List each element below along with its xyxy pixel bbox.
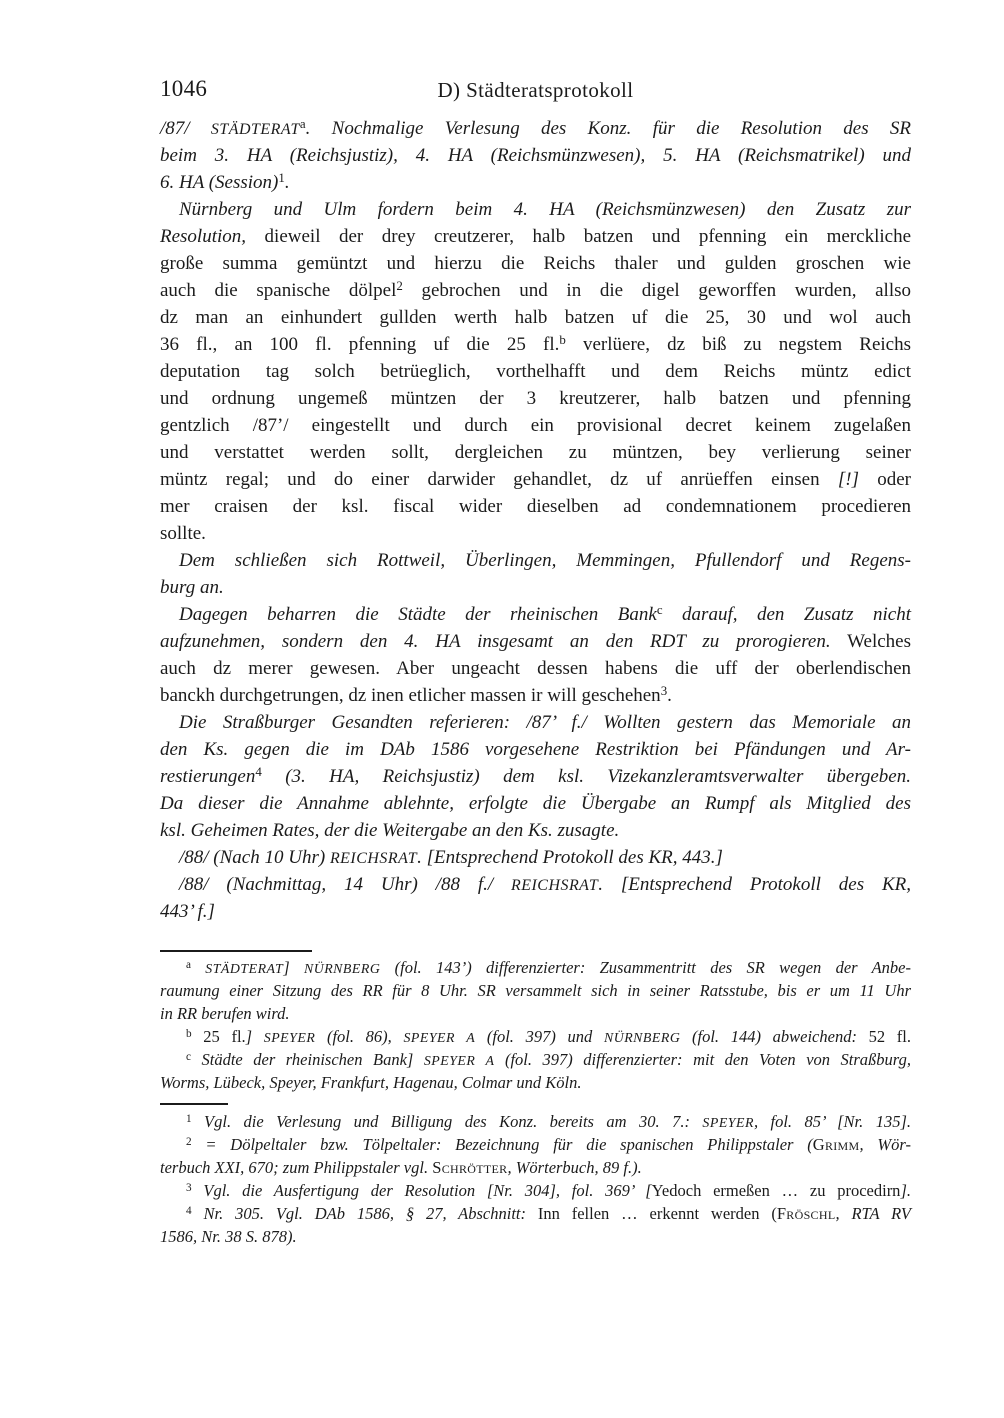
note-c-line-1: c Städte der rheinischen Bank] SPEYER A … <box>160 1048 911 1071</box>
paragraph-2-line-13: sollte. <box>160 520 911 547</box>
paragraph-3-line-1: Dem schließen sich Rottweil, Überlingen,… <box>160 547 911 574</box>
paragraph-2-line-10: und verstattet werden sollt, dergleichen… <box>160 439 911 466</box>
paragraph-2-line-5: dz man an einhundert gullden werth halb … <box>160 304 911 331</box>
note-c-line-2: Worms, Lübeck, Speyer, Frankfurt, Hagena… <box>160 1071 911 1094</box>
paragraph-2-line-12: mer craisen der ksl. fiscal wider diesel… <box>160 493 911 520</box>
footnote-4-line-2: 1586, Nr. 38 S. 878). <box>160 1225 911 1248</box>
paragraph-7-line-1: /88/ (Nachmittag, 14 Uhr) /88 f./ REICHS… <box>160 871 911 898</box>
paragraph-4-line-2: aufzunehmen, sondern den 4. HA insgesamt… <box>160 628 911 655</box>
paragraph-4-line-3: auch dz merer gewesen. Aber ungeacht des… <box>160 655 911 682</box>
footnote-2-line-1: 2 = Dölpeltaler bzw. Tölpeltaler: Bezeic… <box>160 1133 911 1156</box>
paragraph-5-line-2: den Ks. gegen die im DAb 1586 vorgesehen… <box>160 736 911 763</box>
footnote-3-line-1: 3 Vgl. die Ausfertigung der Resolution [… <box>160 1179 911 1202</box>
paragraph-2-line-9: gentzlich /87’/ eingestellt und durch ei… <box>160 412 911 439</box>
running-title: D) Städteratsprotokoll <box>160 78 911 103</box>
paragraph-2-line-4: auch die spanische dölpel2 gebrochen und… <box>160 277 911 304</box>
paragraph-3-line-2: burg an. <box>160 574 911 601</box>
paragraph-2-line-2: Resolution, dieweil der drey creutzerer,… <box>160 223 911 250</box>
paragraph-7-line-2: 443’ f.] <box>160 898 911 925</box>
footnote-2-line-2: terbuch XXI, 670; zum Philippstaler vgl.… <box>160 1156 911 1179</box>
note-a-line-1: a STÄDTERAT] NÜRNBERG (fol. 143’) differ… <box>160 956 911 979</box>
body-text: /87/ STÄDTERATa. Nochmalige Verlesung de… <box>160 115 911 925</box>
apparatus-separator-rule <box>160 950 312 952</box>
footnote-4-line-1: 4 Nr. 305. Vgl. DAb 1586, § 27, Abschnit… <box>160 1202 911 1225</box>
page: 1046 D) Städteratsprotokoll /87/ STÄDTER… <box>0 0 1004 1418</box>
paragraph-5-line-4: Da dieser die Annahme ablehnte, erfolgte… <box>160 790 911 817</box>
paragraph-6-line-1: /88/ (Nach 10 Uhr) REICHSRAT. [Entsprech… <box>160 844 911 871</box>
paragraph-5-line-5: ksl. Geheimen Rates, der die Weitergabe … <box>160 817 911 844</box>
paragraph-2-line-11: müntz regal; und do einer darwider gehan… <box>160 466 911 493</box>
paragraph-1-line-3: 6. HA (Session)1. <box>160 169 911 196</box>
footnote-separator-rule <box>160 1103 228 1105</box>
paragraph-2-line-7: deputation tag solch betrüeglich, vorthe… <box>160 358 911 385</box>
note-b-line-1: b 25 fl.] SPEYER (fol. 86), SPEYER A (fo… <box>160 1025 911 1048</box>
footnote-1-line-1: 1 Vgl. die Verlesung und Billigung des K… <box>160 1110 911 1133</box>
apparatus-notes: a STÄDTERAT] NÜRNBERG (fol. 143’) differ… <box>160 956 911 1094</box>
paragraph-4-line-1: Dagegen beharren die Städte der rheinisc… <box>160 601 911 628</box>
paragraph-2-line-8: und ordnung ungemeß müntzen der 3 kreutz… <box>160 385 911 412</box>
paragraph-2-line-6: 36 fl., an 100 fl. pfenning uf die 25 fl… <box>160 331 911 358</box>
page-header: 1046 D) Städteratsprotokoll <box>160 76 911 106</box>
note-a-line-2: raumung einer Sitzung des RR für 8 Uhr. … <box>160 979 911 1002</box>
paragraph-4-line-4: banckh durchgetrungen, dz inen etlicher … <box>160 682 911 709</box>
paragraph-2-line-1: Nürnberg und Ulm fordern beim 4. HA (Rei… <box>160 196 911 223</box>
paragraph-2-line-3: große summa gemüntzt und hierzu die Reic… <box>160 250 911 277</box>
paragraph-5-line-1: Die Straßburger Gesandten referieren: /8… <box>160 709 911 736</box>
paragraph-1-line-1: /87/ STÄDTERATa. Nochmalige Verlesung de… <box>160 115 911 142</box>
paragraph-1-line-2: beim 3. HA (Reichsjustiz), 4. HA (Reichs… <box>160 142 911 169</box>
paragraph-5-line-3: restierungen4 (3. HA, Reichsjustiz) dem … <box>160 763 911 790</box>
note-a-line-3: in RR berufen wird. <box>160 1002 911 1025</box>
footnotes: 1 Vgl. die Verlesung und Billigung des K… <box>160 1110 911 1248</box>
